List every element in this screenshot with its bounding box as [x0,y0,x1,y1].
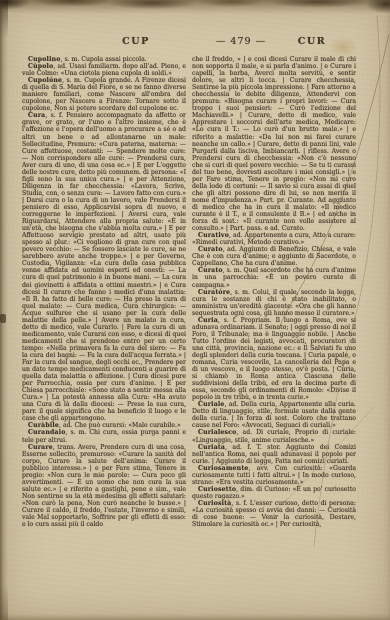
headword: Curatóre [198,289,230,296]
headword: Curare [28,444,53,451]
dictionary-entry: Curàbile, ad. Che può curarsi: «Male cur… [22,422,186,429]
dictionary-entry: Curiosetto, dim. di Curioso: «È un po' c… [192,486,356,500]
headword: Curiosamente [198,465,248,472]
headword: Cupolino [28,56,61,63]
ink-fleck [0,314,6,323]
dictionary-entry: Curia, s. f. Propriam. Il luogo a Roma, … [192,317,356,402]
dictionary-entry: Curato, s. m. Quel sacerdote che ha cura… [192,267,356,288]
page-bottom-edge [0,614,390,620]
dictionary-entry: Curatóre, s. m. Colui, il quale, secondo… [192,289,356,317]
headword: Cupolóne [28,77,62,84]
headword: Curàbile [28,422,59,429]
text-column-right: che il freddo, » | e così dicesi Curare … [192,56,356,548]
book-page: CUP — 479 — CUR Cupolino, s. m. Cupola a… [0,0,390,620]
headword: Curato [198,267,223,274]
text-column-left: Cupolino, s. m. Cupola assai piccola.Cùp… [22,56,186,548]
dictionary-entry: Curialesco, ad. Di curiale, Proprio di c… [192,429,356,443]
dictionary-entry: Cupolino, s. m. Cupola assai piccola. [22,56,186,63]
dictionary-entry: Curiale, ad. Della curia, Appartenente a… [192,401,356,429]
headword: Curiosità [198,500,231,507]
headword: Curialesco [198,429,236,436]
dictionary-entry: Curiosamente, avv. Con curiosità: «Guard… [192,465,356,486]
dictionary-entry: che il freddo, » | e così dicesi Curare … [192,56,356,232]
running-head-left: CUP [122,36,150,47]
paper-stain [328,36,358,58]
headword: Cura [28,112,45,119]
dictionary-entry: Curare, trans. Avere, Prendere cura di u… [22,444,186,529]
page-number: — 479 — [216,36,266,47]
headword: Curiosetto [198,486,236,493]
dictionary-entry: Curandaio, s. m. Chi cura, ossia purga p… [22,429,186,443]
dictionary-entry: Cupolóne, s. m. Cupola grande. A Firenze… [22,77,186,112]
headword: Curiata [198,444,225,451]
dictionary-entry: Cùpolo, ad. Usasi familiarm. dopo all'ad… [22,63,186,77]
running-head-right: CUR [298,36,327,47]
dictionary-entry: Cura, s. f. Pensiero accompagnato da aff… [22,112,186,422]
page-top-edge [0,0,390,18]
headword: Cùpolo [28,63,53,70]
headword: Curiale [198,401,225,408]
headword: Curato [198,246,223,253]
dictionary-entry: Curativo, ad. Appartenente a cura, Atto … [192,232,356,246]
dictionary-entry: Curato, ad. Aggiunto di Benefizio, Chies… [192,246,356,267]
dictionary-entry: Curiosità, s. f. L'esser curioso, detto … [192,500,356,528]
headword: Curativo [198,232,229,239]
headword: Curia [198,317,218,324]
headword: Curandaio [28,429,66,436]
dictionary-entry: Curiata, ad. f. T. stor. Aggiunto dei Co… [192,444,356,465]
page-left-edge [0,0,8,620]
